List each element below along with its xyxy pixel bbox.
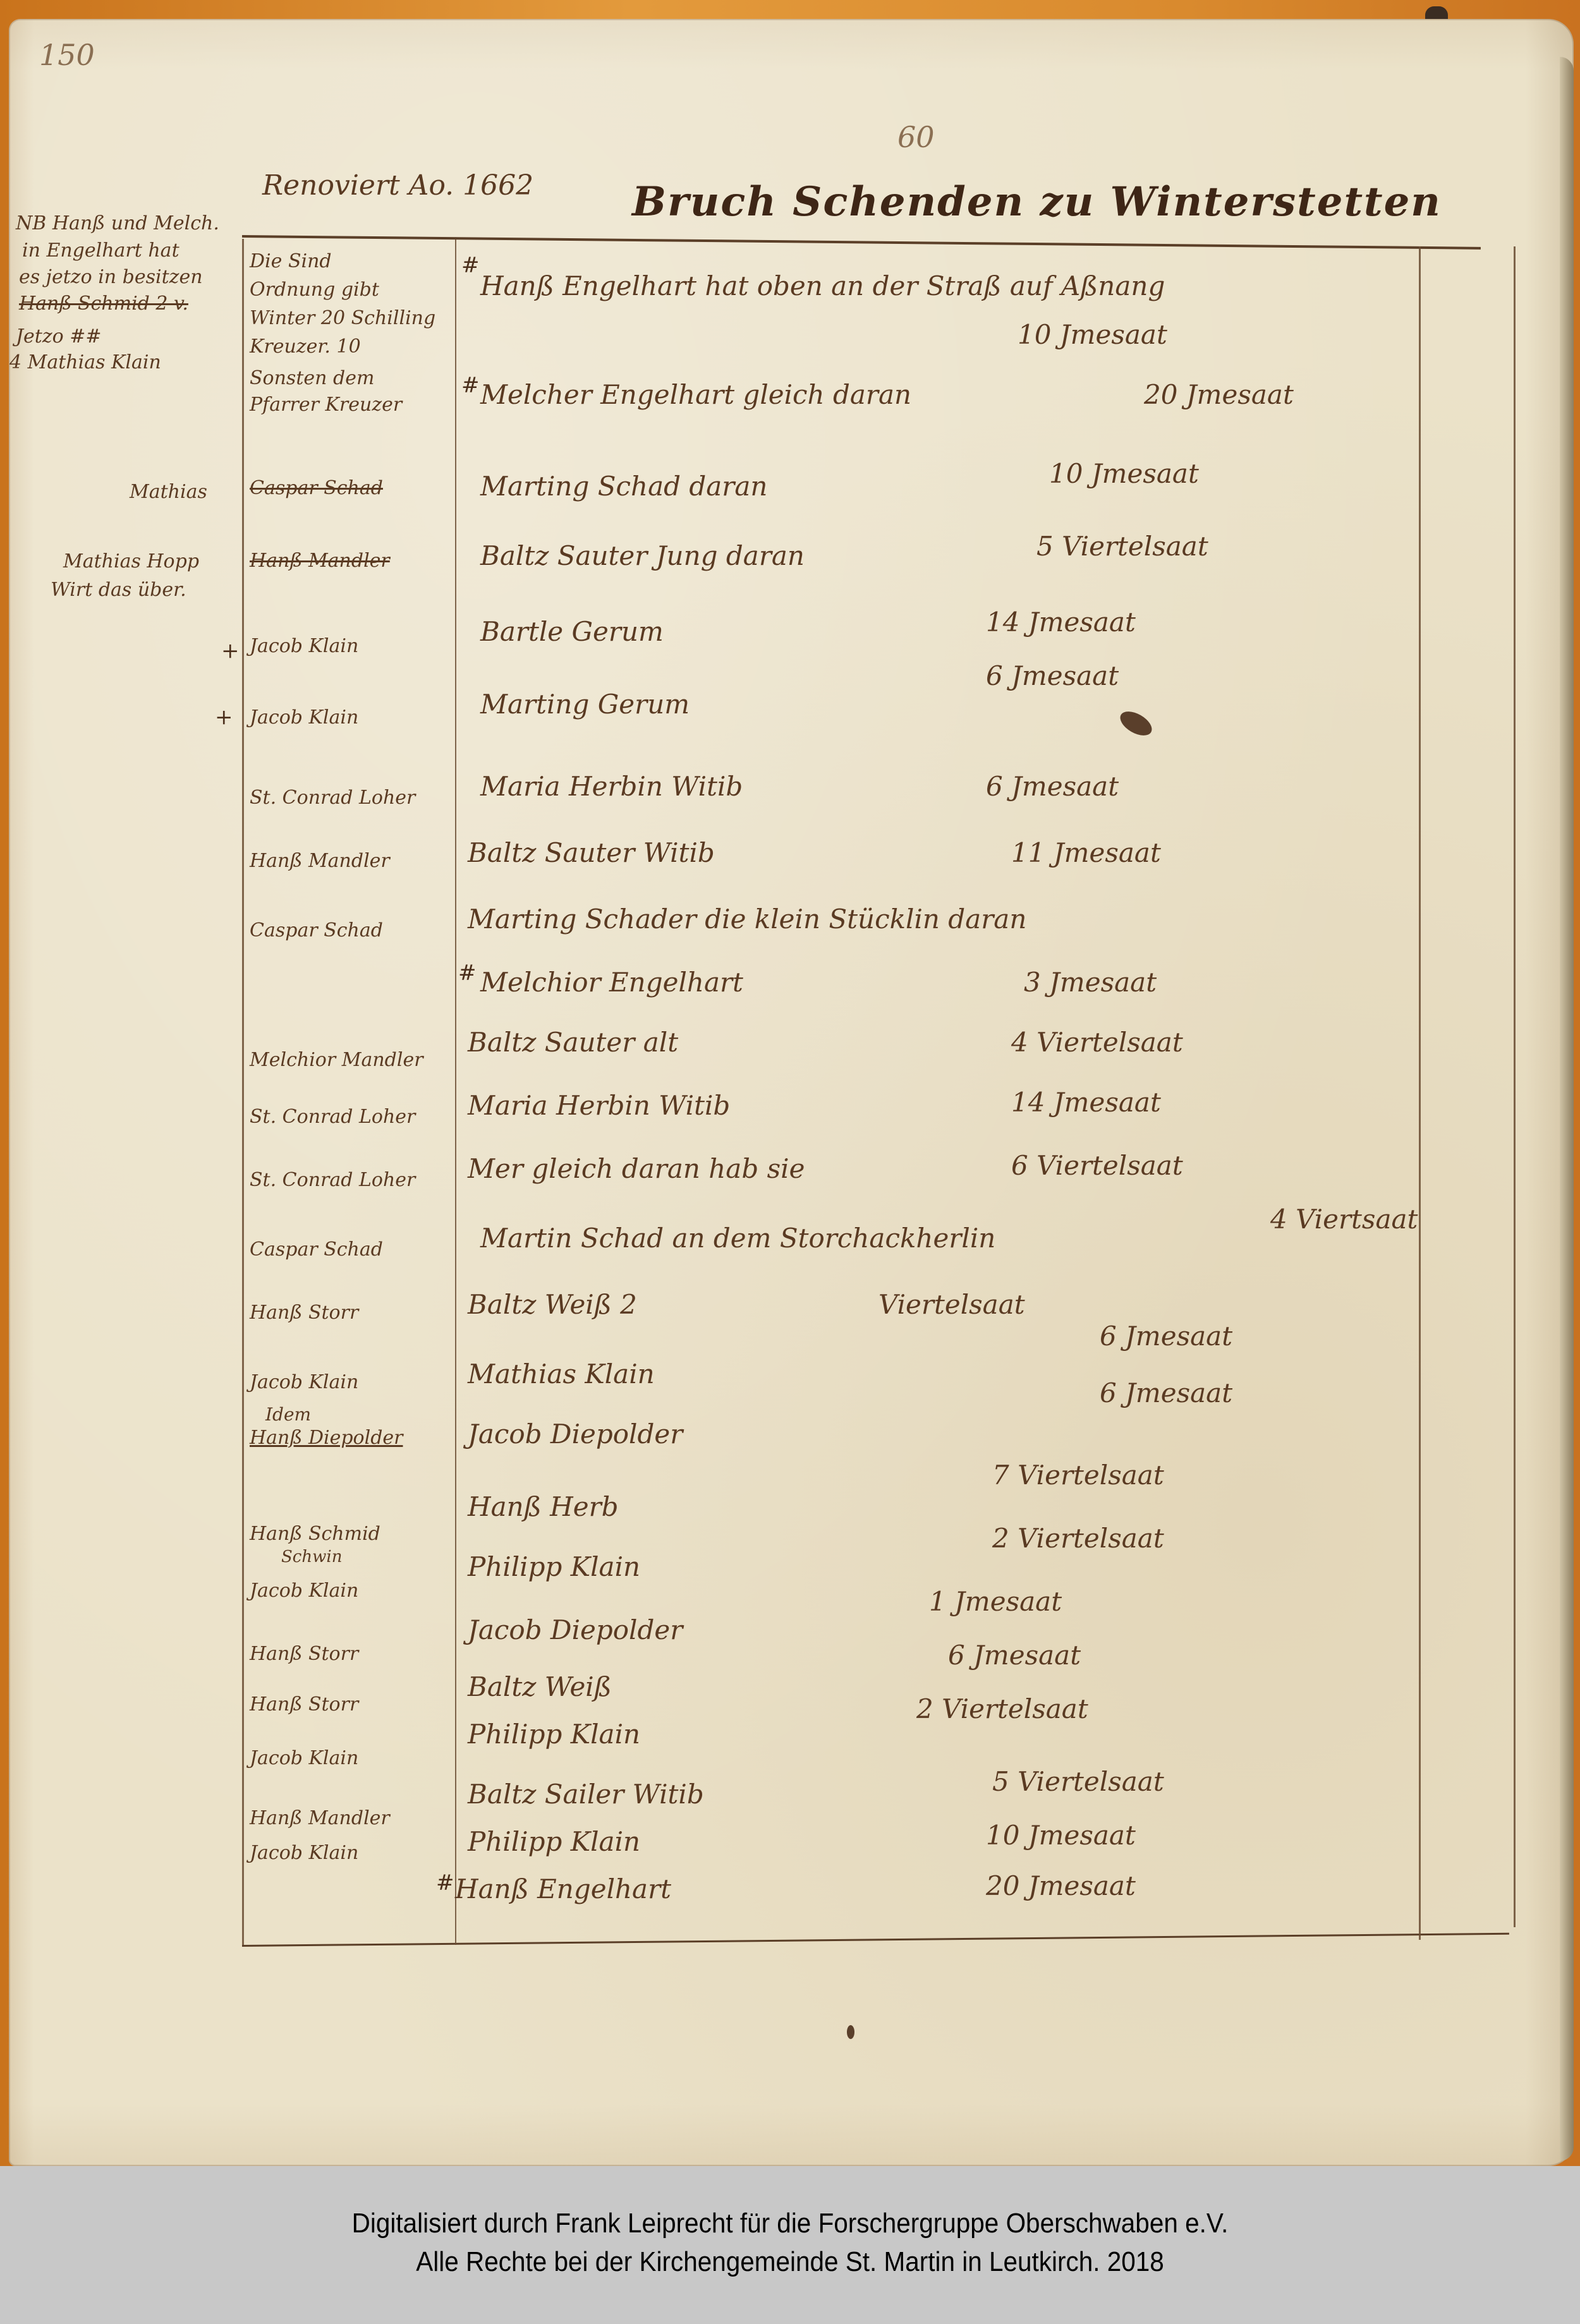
holder-name: Caspar Schad — [250, 919, 383, 941]
entry-text: Philipp Klain — [468, 1719, 640, 1750]
holder-name: Hanß Storr — [250, 1302, 358, 1324]
entry-amount: 14 Jmesaat — [1011, 1087, 1161, 1118]
caption-digitization-credit: Digitalisiert durch Frank Leiprecht für … — [63, 2208, 1517, 2239]
entry-text: Maria Herbin Witib — [480, 771, 743, 802]
entry-amount: 6 Viertelsaat — [1011, 1150, 1183, 1181]
entry-text: Baltz Sauter alt — [468, 1027, 678, 1058]
entry-amount: 20 Jmesaat — [986, 1870, 1136, 1901]
column-note: Sonsten dem — [250, 366, 374, 390]
caption-rights-notice: Alle Rechte bei der Kirchengemeinde St. … — [63, 2246, 1517, 2278]
entry-text: Hanß Engelhart hat oben an der Straß auf… — [480, 270, 1165, 301]
entry-amount: 4 Viertsaat — [1270, 1204, 1418, 1235]
entry-amount: 10 Jmesaat — [986, 1820, 1136, 1851]
entry-mark: + — [215, 705, 233, 730]
margin-note-struck: Hanß Schmid 2 v. — [19, 292, 188, 316]
entry-text: Marting Gerum — [480, 689, 690, 720]
holder-name: Jacob Klain — [250, 1371, 358, 1393]
table-left-border — [242, 239, 244, 1945]
holder-column-divider — [455, 239, 456, 1945]
entry-amount: 20 Jmesaat — [1144, 379, 1294, 410]
right-column-divider — [1419, 246, 1421, 1940]
renovation-note: Renoviert Ao. 1662 — [262, 169, 533, 202]
entry-amount: 11 Jmesaat — [1011, 837, 1161, 868]
entry-text: Baltz Weiß 2 — [468, 1289, 637, 1320]
holder-name: Hanß Storr — [250, 1693, 358, 1716]
holder-name: St. Conrad Loher — [250, 1106, 415, 1128]
holder-name: Jacob Klain — [250, 1580, 358, 1602]
entry-text: Jacob Diepolder — [468, 1419, 683, 1449]
entry-text: Hanß Herb — [468, 1491, 619, 1522]
holder-name: Jacob Klain — [250, 1747, 358, 1769]
entry-amount: 5 Viertelsaat — [1036, 531, 1208, 562]
entry-mark: + — [221, 638, 240, 663]
entry-amount: 2 Viertelsaat — [992, 1523, 1164, 1554]
margin-note: Wirt das über. — [51, 578, 186, 602]
holder-name: St. Conrad Loher — [250, 1169, 415, 1191]
entry-amount: 3 Jmesaat — [1024, 967, 1157, 998]
margin-note: 4 Mathias Klain — [9, 351, 161, 375]
entry-text: Bartle Gerum — [480, 616, 664, 647]
margin-note: NB Hanß und Melch. — [16, 212, 219, 236]
column-note: Pfarrer Kreuzer — [250, 393, 402, 417]
margin-note: Jetzo ## — [16, 325, 102, 349]
holder-name: Melchior Mandler — [250, 1049, 423, 1071]
entry-text: Jacob Diepolder — [468, 1614, 683, 1645]
holder-name: Caspar Schad — [250, 1238, 383, 1261]
entry-amount: 5 Viertelsaat — [992, 1766, 1164, 1797]
entry-text: Marting Schad daran — [480, 471, 767, 502]
entry-amount: 6 Jmesaat — [986, 771, 1119, 802]
caption-band: Digitalisiert durch Frank Leiprecht für … — [0, 2166, 1580, 2324]
entry-mark: # — [436, 1870, 454, 1896]
holder-name: Hanß Diepolder — [250, 1427, 403, 1449]
page-edge — [1560, 57, 1574, 2161]
holder-name: Hanß Mandler — [250, 550, 390, 572]
entry-text: Baltz Sauter Witib — [468, 837, 715, 868]
margin-note: es jetzo in besitzen — [19, 265, 203, 289]
folio-number: 150 — [39, 38, 95, 72]
margin-note: in Engelhart hat — [22, 239, 179, 263]
column-note: Ordnung gibt — [250, 278, 379, 302]
holder-name: St. Conrad Loher — [250, 787, 415, 809]
holder-name: Hanß Storr — [250, 1643, 358, 1665]
entry-text: Baltz Sauter Jung daran — [480, 540, 805, 571]
column-note: Winter 20 Schilling — [250, 306, 435, 330]
table-right-border — [1514, 246, 1516, 1927]
holder-name: Jacob Klain — [250, 706, 358, 729]
entry-amount: 6 Jmesaat — [986, 660, 1119, 691]
ink-dot — [847, 2025, 854, 2039]
entry-mark: # — [458, 960, 477, 986]
entry-text: Melchior Engelhart — [480, 967, 743, 998]
entry-text: Baltz Weiß — [468, 1671, 612, 1702]
column-note: Die Sind — [250, 250, 332, 274]
entry-amount: 10 Jmesaat — [1018, 319, 1167, 350]
holder-name: Hanß Mandler — [250, 1807, 390, 1829]
holder-name: Caspar Schad — [250, 477, 383, 499]
holder-note: Schwin — [281, 1545, 342, 1569]
entry-text: Maria Herbin Witib — [468, 1090, 730, 1121]
entry-mark: # — [461, 253, 480, 278]
holder-name: Hanß Schmid — [250, 1523, 380, 1545]
entry-amount: 6 Jmesaat — [1100, 1377, 1232, 1408]
entry-amount: 7 Viertelsaat — [992, 1460, 1164, 1491]
entry-amount: 10 Jmesaat — [1049, 458, 1199, 489]
entry-text: Martin Schad an dem Storchackherlin — [480, 1223, 995, 1254]
entry-amount: 6 Jmesaat — [1100, 1321, 1232, 1352]
entry-text: Hanß Engelhart — [455, 1873, 671, 1904]
entry-amount: Viertelsaat — [878, 1289, 1025, 1320]
page-number: 60 — [897, 120, 935, 154]
margin-note: Mathias — [130, 480, 207, 504]
entry-text: Marting Schader die klein Stücklin daran — [468, 904, 1026, 935]
holder-name: Jacob Klain — [250, 635, 358, 657]
entry-text: Mathias Klain — [468, 1359, 655, 1389]
entry-text: Baltz Sailer Witib — [468, 1779, 704, 1810]
margin-note: Mathias Hopp — [63, 550, 199, 574]
entry-amount: 2 Viertelsaat — [916, 1693, 1088, 1724]
entry-text: Mer gleich daran hab sie — [468, 1153, 805, 1184]
entry-mark: # — [461, 373, 480, 398]
entry-amount: 4 Viertelsaat — [1011, 1027, 1183, 1058]
holder-note: Idem — [265, 1403, 311, 1427]
entry-amount: 1 Jmesaat — [929, 1586, 1062, 1617]
column-note: Kreuzer. 10 — [250, 335, 361, 359]
entry-text: Philipp Klain — [468, 1826, 640, 1857]
holder-name: Jacob Klain — [250, 1842, 358, 1864]
entry-text: Melcher Engelhart gleich daran — [480, 379, 911, 410]
entry-amount: 14 Jmesaat — [986, 607, 1136, 638]
page-title: Bruch Schenden zu Winterstetten — [632, 178, 1442, 226]
entry-text: Philipp Klain — [468, 1551, 640, 1582]
holder-name: Hanß Mandler — [250, 850, 390, 872]
entry-amount: 6 Jmesaat — [948, 1640, 1081, 1671]
